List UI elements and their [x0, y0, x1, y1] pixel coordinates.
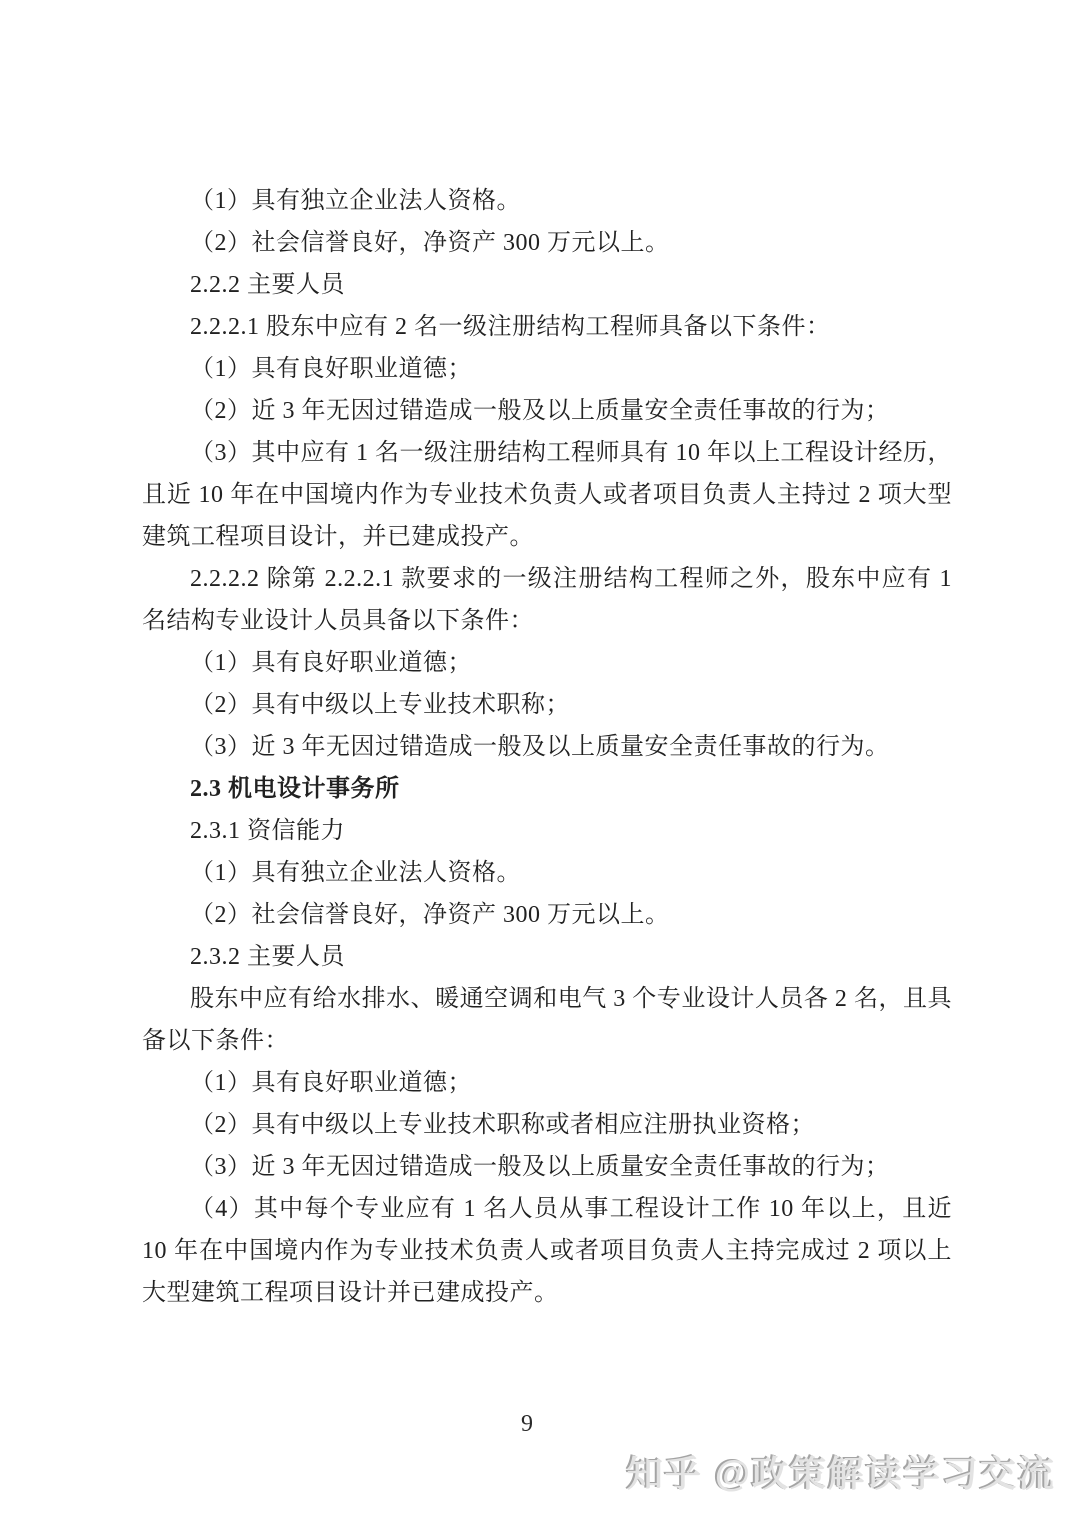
document-paragraph: 股东中应有给水排水、暖通空调和电气 3 个专业设计人员各 2 名，且具备以下条件…	[142, 978, 952, 1062]
document-paragraph: 2.3.1 资信能力	[142, 810, 952, 852]
document-paragraph: （3）近 3 年无因过错造成一般及以上质量安全责任事故的行为。	[142, 726, 952, 768]
document-paragraph: （1）具有独立企业法人资格。	[142, 852, 952, 894]
section-heading: 2.3 机电设计事务所	[142, 768, 952, 810]
document-paragraph: （2）近 3 年无因过错造成一般及以上质量安全责任事故的行为；	[142, 390, 952, 432]
zhihu-watermark: 知乎 @政策解读学习交流	[627, 1446, 1056, 1497]
document-paragraph: 2.2.2.1 股东中应有 2 名一级注册结构工程师具备以下条件：	[142, 306, 952, 348]
document-paragraph: 2.2.2 主要人员	[142, 264, 952, 306]
document-paragraph: 2.3.2 主要人员	[142, 936, 952, 978]
document-paragraph: （3）其中应有 1 名一级注册结构工程师具有 10 年以上工程设计经历，且近 1…	[142, 432, 952, 558]
page-footer: 9	[142, 1408, 912, 1440]
document-paragraph: （3）近 3 年无因过错造成一般及以上质量安全责任事故的行为；	[142, 1146, 952, 1188]
document-paragraph: （2）社会信誉良好，净资产 300 万元以上。	[142, 894, 952, 936]
document-paragraph: （1）具有良好职业道德；	[142, 348, 952, 390]
document-paragraph: （4）其中每个专业应有 1 名人员从事工程设计工作 10 年以上，且近 10 年…	[142, 1188, 952, 1314]
document-paragraph: （2）社会信誉良好，净资产 300 万元以上。	[142, 222, 952, 264]
document-paragraph: 2.2.2.2 除第 2.2.2.1 款要求的一级注册结构工程师之外，股东中应有…	[142, 558, 952, 642]
document-paragraph: （1）具有独立企业法人资格。	[142, 180, 952, 222]
document-paragraph: （2）具有中级以上专业技术职称；	[142, 684, 952, 726]
document-paragraph: （2）具有中级以上专业技术职称或者相应注册执业资格；	[142, 1104, 952, 1146]
document-paragraph: （1）具有良好职业道德；	[142, 1062, 952, 1104]
document-page: （1）具有独立企业法人资格。（2）社会信誉良好，净资产 300 万元以上。2.2…	[0, 0, 1080, 1527]
page-number: 9	[521, 1411, 533, 1437]
document-body: （1）具有独立企业法人资格。（2）社会信誉良好，净资产 300 万元以上。2.2…	[142, 180, 952, 1314]
document-paragraph: （1）具有良好职业道德；	[142, 642, 952, 684]
